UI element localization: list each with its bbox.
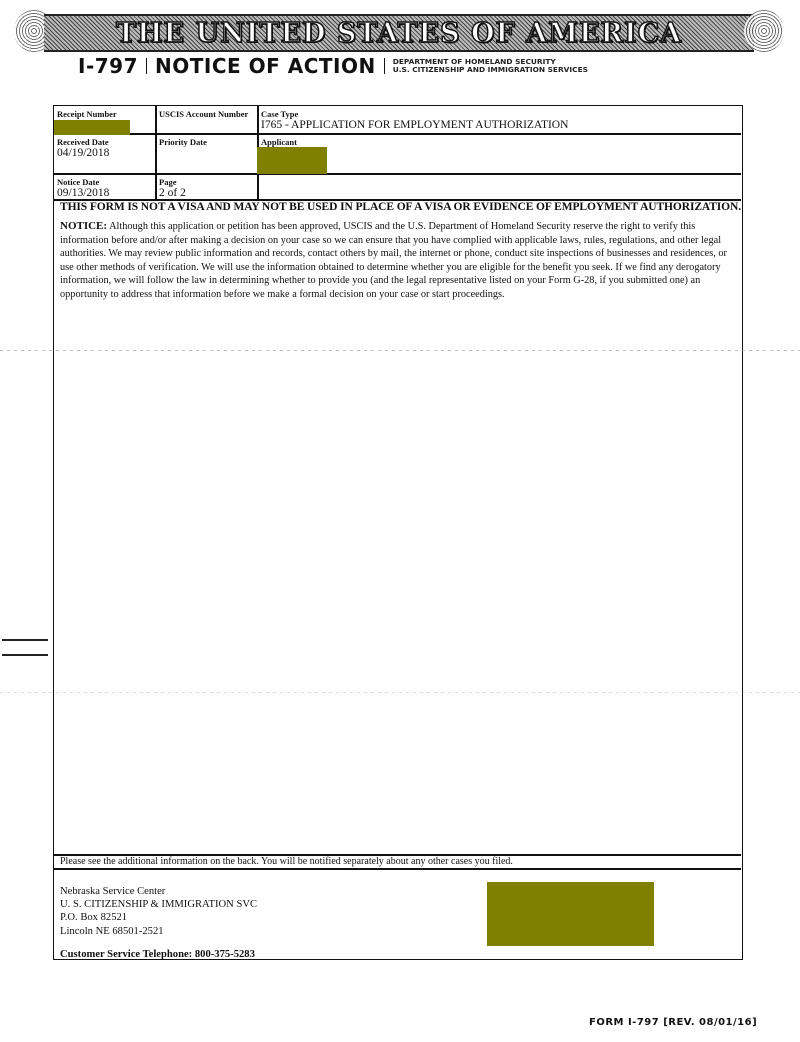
divider xyxy=(384,58,385,74)
notice-date-value: 09/13/2018 xyxy=(57,187,153,200)
department-block: DEPARTMENT OF HOMELAND SECURITY U.S. CIT… xyxy=(393,58,588,75)
visa-warning: THIS FORM IS NOT A VISA AND MAY NOT BE U… xyxy=(60,201,741,213)
divider xyxy=(54,868,741,870)
notice-form: Receipt Number USCIS Account Number Case… xyxy=(53,105,743,960)
banner-title: THE UNITED STATES OF AMERICA xyxy=(116,18,682,49)
form-revision: FORM I-797 [REV. 08/01/16] xyxy=(589,1017,757,1028)
header-banner: THE UNITED STATES OF AMERICA xyxy=(14,10,784,52)
applicant-redaction xyxy=(257,147,327,174)
case-type-cell: Case Type I765 - APPLICATION FOR EMPLOYM… xyxy=(261,109,739,132)
receipt-number-redaction xyxy=(54,120,130,135)
notice-date-label: Notice Date xyxy=(57,177,153,187)
page-value: 2 of 2 xyxy=(159,187,255,200)
customer-service-phone: Customer Service Telephone: 800-375-5283 xyxy=(60,949,255,960)
address-line: P.O. Box 82521 xyxy=(60,911,257,924)
scan-artifact xyxy=(0,350,800,351)
address-line: U. S. CITIZENSHIP & IMMIGRATION SVC xyxy=(60,898,257,911)
receipt-number-cell: Receipt Number xyxy=(57,109,153,119)
notice-text: Although this application or petition ha… xyxy=(60,221,727,300)
applicant-cell: Applicant xyxy=(261,137,739,147)
case-type-value: I765 - APPLICATION FOR EMPLOYMENT AUTHOR… xyxy=(261,119,739,132)
form-title: NOTICE OF ACTION xyxy=(155,54,376,78)
uscis-account-number-cell: USCIS Account Number xyxy=(159,109,255,119)
address-line: Lincoln NE 68501-2521 xyxy=(60,925,257,938)
service-center-address: Nebraska Service Center U. S. CITIZENSHI… xyxy=(60,885,257,938)
divider xyxy=(155,106,157,200)
margin-mark xyxy=(2,654,48,656)
divider xyxy=(54,133,741,135)
recipient-address-redaction xyxy=(487,882,654,946)
department-line-2: U.S. CITIZENSHIP AND IMMIGRATION SERVICE… xyxy=(393,65,588,74)
address-line: Nebraska Service Center xyxy=(60,885,257,898)
scan-artifact xyxy=(0,692,800,693)
uscis-account-number-label: USCIS Account Number xyxy=(159,109,255,119)
notice-paragraph: NOTICE: Although this application or pet… xyxy=(60,220,732,301)
received-date-value: 04/19/2018 xyxy=(57,147,153,160)
rosette-ornament-icon xyxy=(744,10,784,52)
divider xyxy=(54,173,741,175)
notice-date-cell: Notice Date 09/13/2018 xyxy=(57,177,153,200)
form-number: I-797 xyxy=(78,54,138,78)
priority-date-label: Priority Date xyxy=(159,137,255,147)
priority-date-cell: Priority Date xyxy=(159,137,255,147)
case-type-label: Case Type xyxy=(261,109,739,119)
notice-label: NOTICE: xyxy=(60,220,107,232)
applicant-label: Applicant xyxy=(261,137,739,147)
margin-mark xyxy=(2,639,48,641)
divider xyxy=(146,58,147,74)
banner-band: THE UNITED STATES OF AMERICA xyxy=(44,14,754,52)
additional-info-note: Please see the additional information on… xyxy=(60,856,513,867)
page-cell: Page 2 of 2 xyxy=(159,177,255,200)
receipt-number-label: Receipt Number xyxy=(57,109,153,119)
form-title-row: I-797 NOTICE OF ACTION DEPARTMENT OF HOM… xyxy=(78,53,588,79)
received-date-label: Received Date xyxy=(57,137,153,147)
received-date-cell: Received Date 04/19/2018 xyxy=(57,137,153,160)
page-label: Page xyxy=(159,177,255,187)
